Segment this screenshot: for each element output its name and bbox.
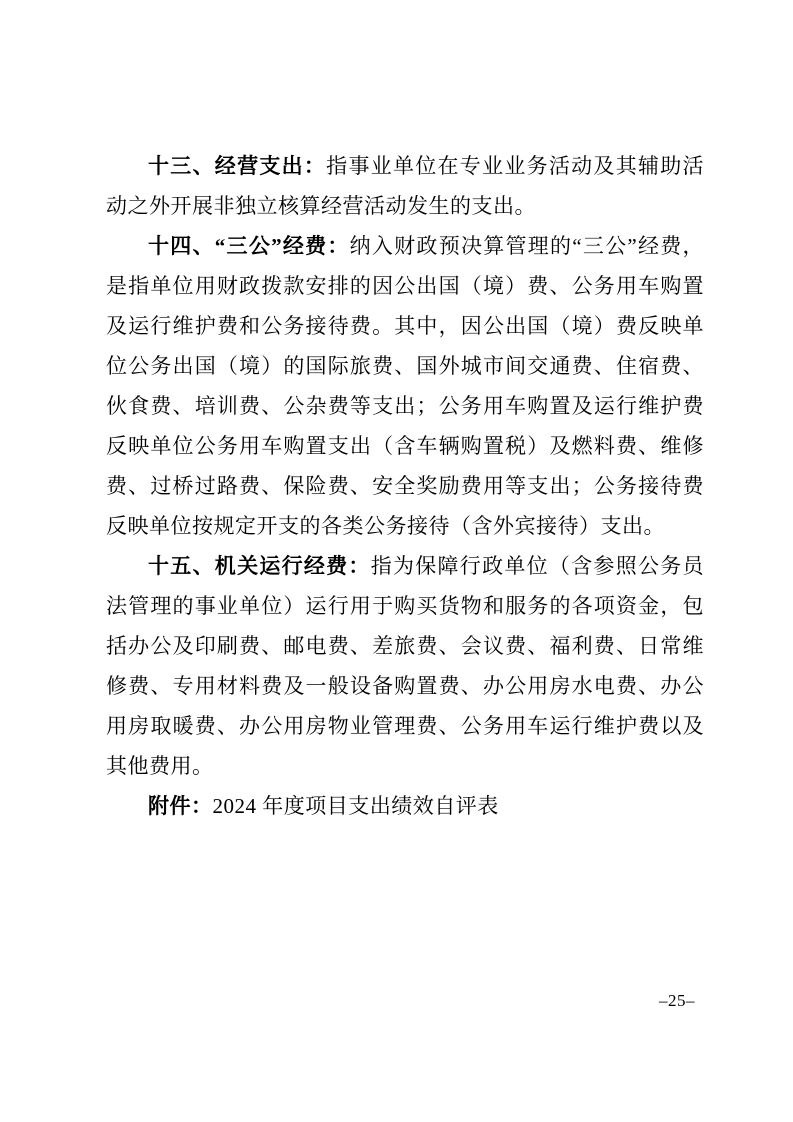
document-body: 十三、经营支出：指事业单位在专业业务活动及其辅助活动之外开展非独立核算经营活动发… (106, 146, 704, 826)
paragraph-15-heading: 十五、机关运行经费： (148, 554, 371, 578)
attachment-line: 附件：2024 年度项目支出绩效自评表 (106, 786, 704, 826)
paragraph-13-heading: 十三、经营支出： (148, 154, 326, 178)
paragraph-14-text: 纳入财政预决算管理的“三公”经费，是指单位用财政拨款安排的因公出国（境）费、公务… (106, 234, 704, 538)
paragraph-15-text: 指为保障行政单位（含参照公务员法管理的事业单位）运行用于购买货物和服务的各项资金… (106, 554, 704, 778)
document-page: 十三、经营支出：指事业单位在专业业务活动及其辅助活动之外开展非独立核算经营活动发… (0, 0, 793, 1122)
page-number: –25– (659, 991, 695, 1011)
paragraph-14: 十四、“三公”经费：纳入财政预决算管理的“三公”经费，是指单位用财政拨款安排的因… (106, 226, 704, 546)
attachment-label: 附件： (148, 794, 213, 818)
paragraph-13: 十三、经营支出：指事业单位在专业业务活动及其辅助活动之外开展非独立核算经营活动发… (106, 146, 704, 226)
paragraph-14-heading: 十四、“三公”经费： (148, 234, 350, 258)
attachment-title: 2024 年度项目支出绩效自评表 (213, 794, 499, 818)
paragraph-15: 十五、机关运行经费：指为保障行政单位（含参照公务员法管理的事业单位）运行用于购买… (106, 546, 704, 786)
